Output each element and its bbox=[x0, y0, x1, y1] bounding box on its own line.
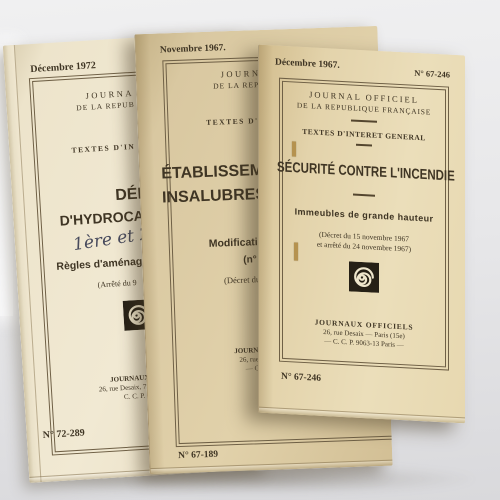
photo-scene: Décembre 1972 JOURNA DE LA REPUB TEXTES … bbox=[0, 0, 500, 500]
journaux-officiels-logo-icon bbox=[349, 261, 379, 293]
binding-shade bbox=[259, 45, 273, 414]
booklet-cover-securite-incendie-1967: Décembre 1967. N° 67-246 JOURNAL OFFICIE… bbox=[258, 45, 465, 424]
decree-note: (Décret du bbox=[224, 274, 260, 285]
issue-date: Décembre 1967. bbox=[275, 57, 340, 70]
issue-number: N° 67-246 bbox=[281, 372, 321, 384]
issue-number: N° 67-189 bbox=[178, 450, 218, 461]
issue-date: Décembre 1972 bbox=[30, 60, 96, 75]
issue-date: Novembre 1967. bbox=[160, 43, 226, 55]
issue-number-top: N° 67-246 bbox=[414, 68, 450, 80]
